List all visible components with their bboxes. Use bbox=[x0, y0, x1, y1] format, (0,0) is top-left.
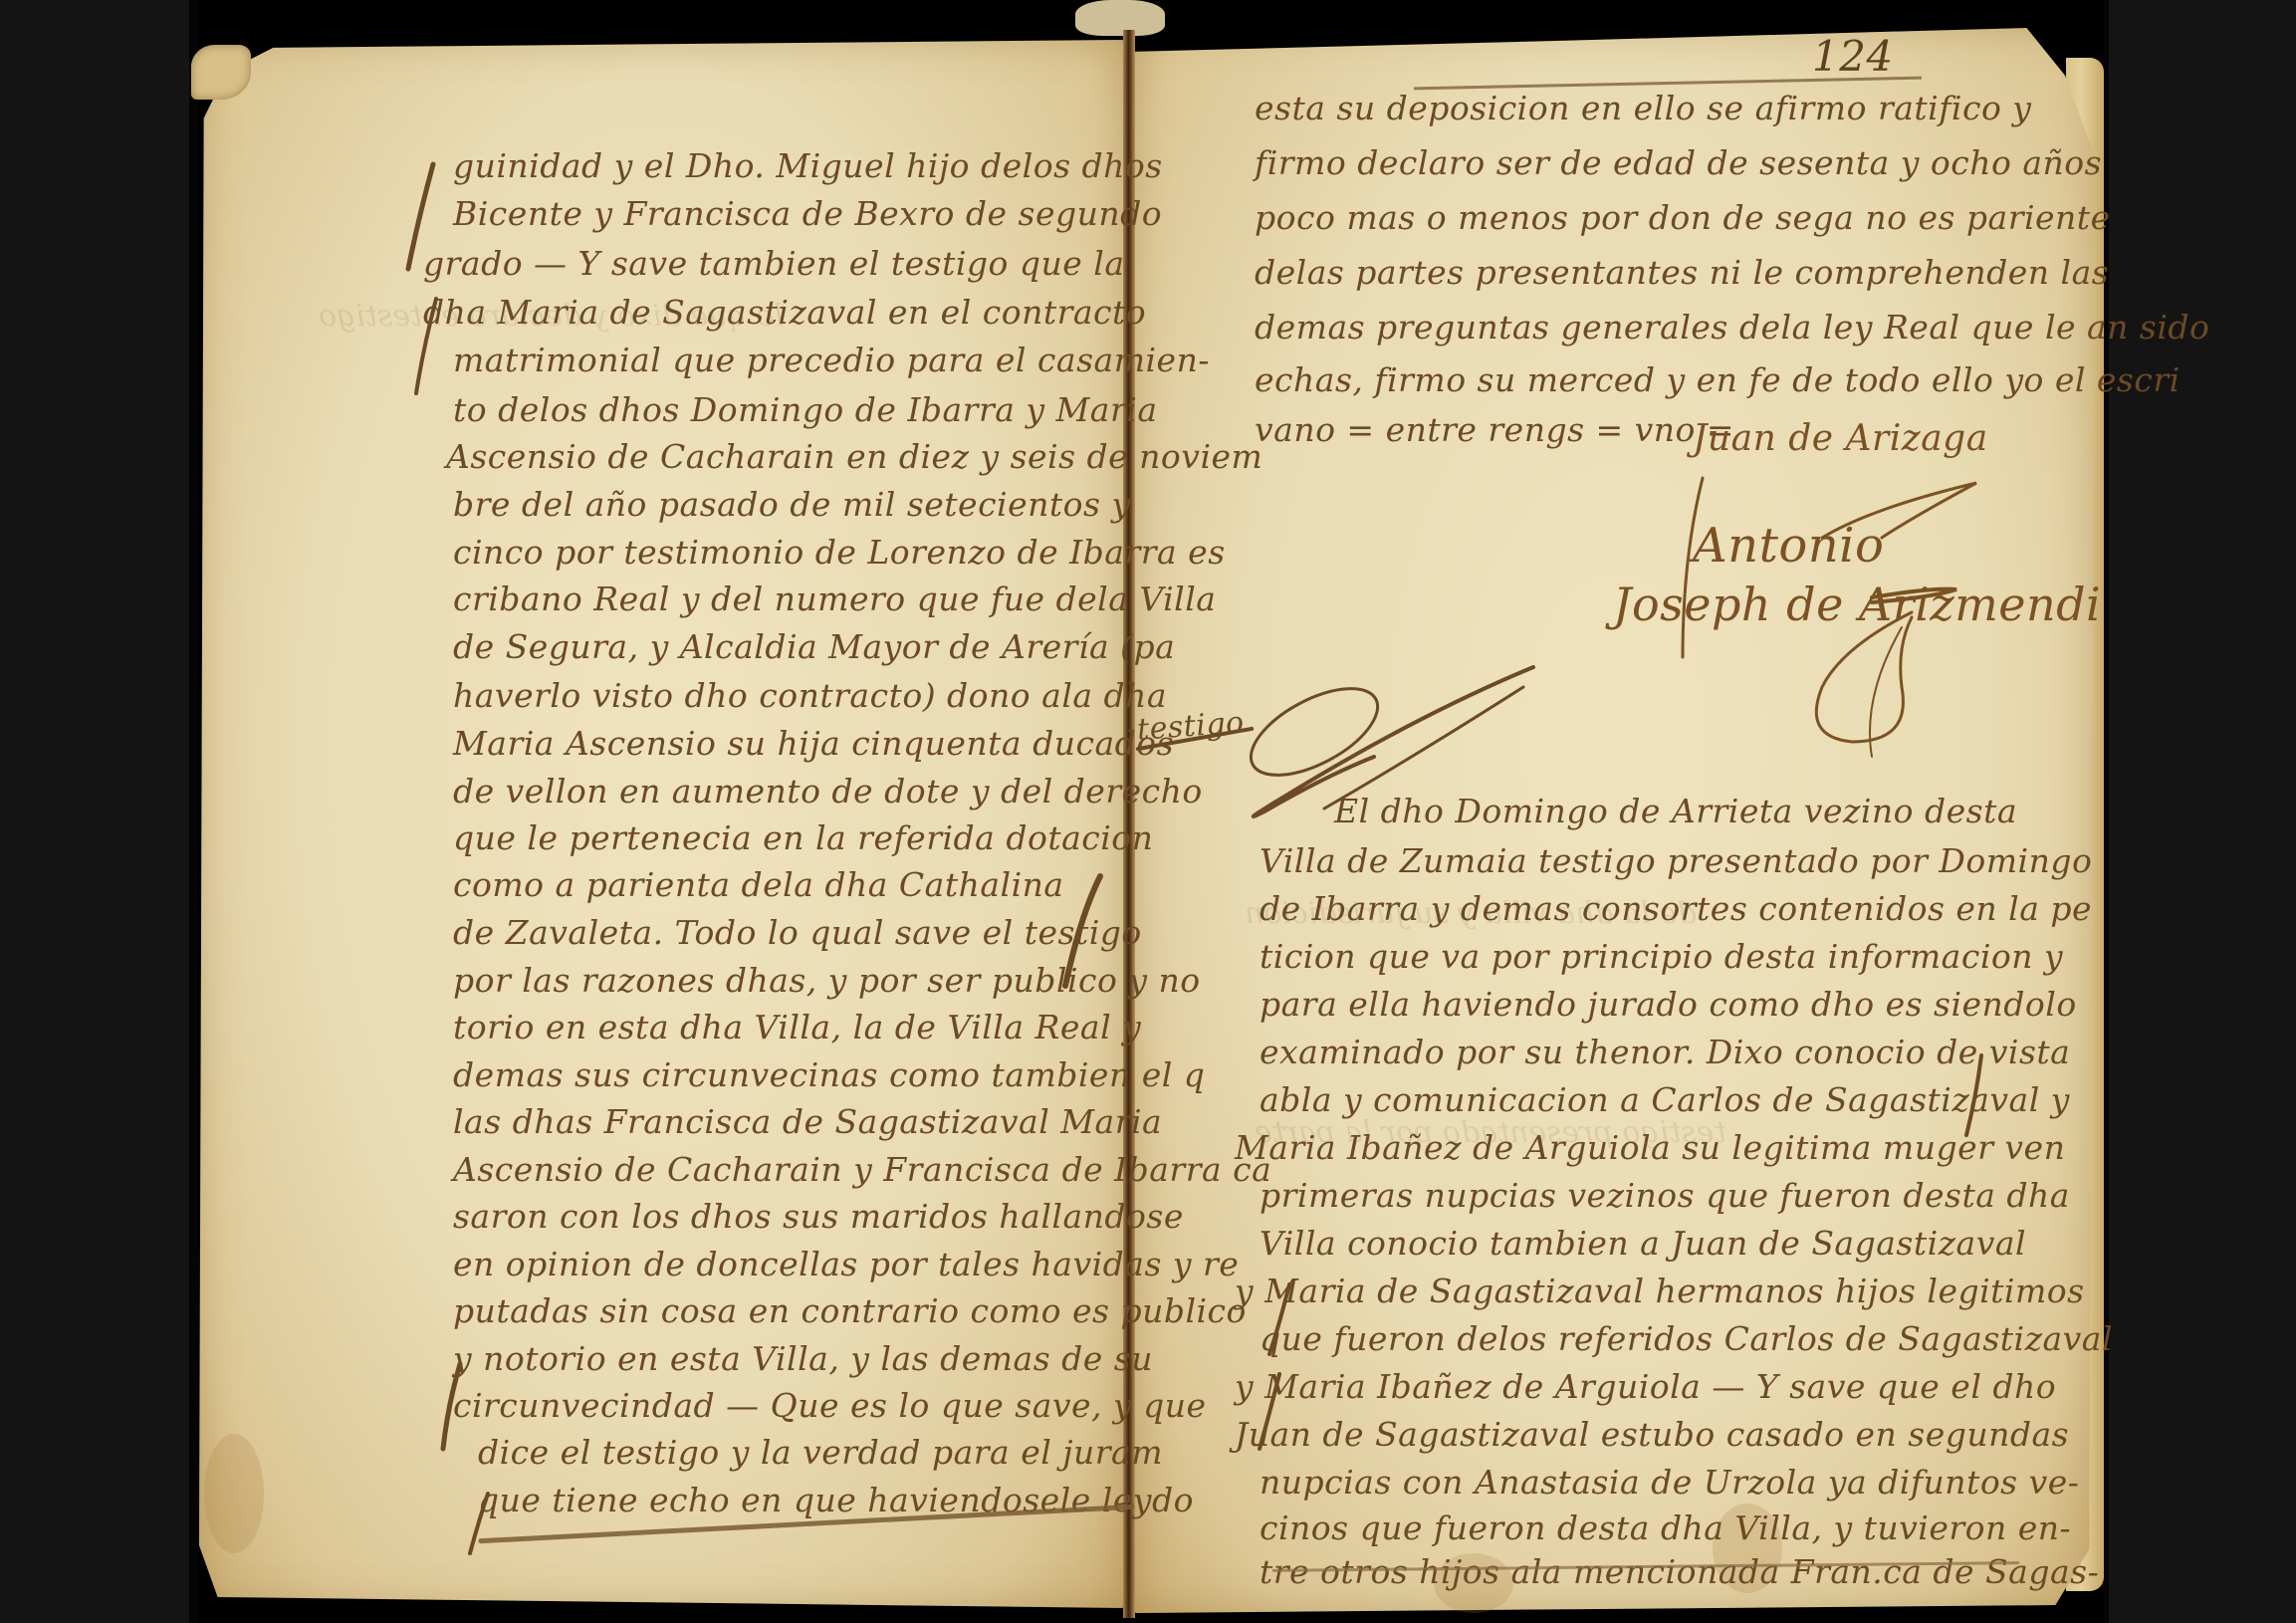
manuscript-line: y Maria de Sagastizaval hermanos hijos l… bbox=[1235, 1275, 2085, 1307]
folio-number: 124 bbox=[1812, 32, 1894, 81]
manuscript-line: de Ibarra y demas consortes contenidos e… bbox=[1260, 892, 2092, 925]
manuscript-line: cinco por testimonio de Lorenzo de Ibarr… bbox=[453, 536, 1226, 569]
signature-joseph-de-arizmendi: Joseph de Arizmendi bbox=[1613, 578, 2101, 631]
document-viewer: lo que dixo y declaro el testigo de la d… bbox=[0, 0, 2296, 1623]
manuscript-line: y notorio en esta Villa, y las demas de … bbox=[453, 1342, 1153, 1375]
manuscript-line: primeras nupcias vezinos que fueron dest… bbox=[1260, 1179, 2070, 1212]
manuscript-line: putadas sin cosa en contrario como es pu… bbox=[453, 1294, 1247, 1327]
manuscript-line: dice el testigo y la verdad para el jura… bbox=[478, 1436, 1163, 1469]
manuscript-line: de vellon en aumento de dote y del derec… bbox=[453, 775, 1203, 808]
manuscript-line: poco mas o menos por don de sega no es p… bbox=[1255, 201, 2111, 234]
manuscript-line: El dho Domingo de Arrieta vezino desta bbox=[1334, 795, 2017, 827]
scan-edge-right bbox=[2104, 0, 2109, 1623]
manuscript-line: como a parienta dela dha Cathalina bbox=[453, 868, 1064, 901]
manuscript-line: tre otros hijos ala mencionada Fran.ca d… bbox=[1260, 1555, 2099, 1588]
manuscript-line: vano = entre rengs = vno = bbox=[1255, 413, 1734, 446]
manuscript-line: Bicente y Francisca de Bexro de segundo bbox=[453, 197, 1162, 230]
manuscript-line: circunvecindad — Que es lo que save, y q… bbox=[453, 1389, 1207, 1422]
manuscript-line: grado — Y save tambien el testigo que la bbox=[423, 247, 1125, 280]
manuscript-line: firmo declaro ser de edad de sesenta y o… bbox=[1255, 146, 2102, 179]
manuscript-line: Ascensio de Cacharain y Francisca de Iba… bbox=[453, 1153, 1271, 1186]
manuscript-line: Maria Ascensio su hija cinquenta ducados bbox=[453, 727, 1174, 760]
manuscript-line: Juan de Sagastizaval estubo casado en se… bbox=[1235, 1418, 2069, 1451]
manuscript-line: saron con los dhos sus maridos hallandos… bbox=[453, 1200, 1184, 1233]
manuscript-line: para ella haviendo jurado como dho es si… bbox=[1260, 988, 2077, 1021]
manuscript-line: matrimonial que precedio para el casamie… bbox=[453, 344, 1210, 376]
signature-antonio: Antonio bbox=[1693, 518, 1884, 574]
torn-paper-scrap bbox=[1075, 0, 1165, 36]
manuscript-line: las dhas Francisca de Sagastizaval Maria bbox=[453, 1105, 1162, 1138]
scan-edge-left bbox=[189, 0, 199, 1623]
manuscript-line: esta su deposicion en ello se afirmo rat… bbox=[1255, 92, 2031, 124]
manuscript-line: echas, firmo su merced y en fe de todo e… bbox=[1255, 363, 2181, 396]
manuscript-line: Villa conocio tambien a Juan de Sagastiz… bbox=[1260, 1227, 2026, 1260]
manuscript-line: por las razones dhas, y por ser publico … bbox=[453, 964, 1201, 997]
manuscript-line: dha Maria de Sagastizaval en el contract… bbox=[423, 296, 1146, 329]
manuscript-line: haverlo visto dho contracto) dono ala dh… bbox=[453, 679, 1167, 712]
manuscript-line: cinos que fueron desta dha Villa, y tuvi… bbox=[1260, 1511, 2071, 1544]
manuscript-line: nupcias con Anastasia de Urzola ya difun… bbox=[1260, 1466, 2079, 1499]
manuscript-line: de Zavaleta. Todo lo qual save el testig… bbox=[453, 916, 1142, 949]
manuscript-line: Ascensio de Cacharain en diez y seis de … bbox=[446, 440, 1263, 473]
manuscript-line: Maria Ibañez de Arguiola su legitima mug… bbox=[1235, 1131, 2065, 1164]
manuscript-line: que fueron delos referidos Carlos de Sag… bbox=[1260, 1322, 2113, 1355]
folded-corner bbox=[191, 45, 251, 100]
manuscript-line: demas sus circunvecinas como tambien el … bbox=[453, 1058, 1205, 1091]
manuscript-line: de Segura, y Alcaldia Mayor de Arería (p… bbox=[453, 630, 1175, 663]
manuscript-line: abla y comunicacion a Carlos de Sagastiz… bbox=[1260, 1083, 2070, 1116]
manuscript-line: demas preguntas generales dela ley Real … bbox=[1255, 311, 2209, 344]
manuscript-line: que le pertenecia en la referida dotacio… bbox=[453, 821, 1153, 854]
manuscript-line: en opinion de doncellas por tales havida… bbox=[453, 1248, 1239, 1280]
manuscript-line: delas partes presentantes ni le comprehe… bbox=[1255, 256, 2109, 289]
manuscript-line: Villa de Zumaia testigo presentado por D… bbox=[1260, 844, 2092, 877]
manuscript-line: guinidad y el Dho. Miguel hijo delos dho… bbox=[453, 149, 1163, 182]
manuscript-line: bre del año pasado de mil setecientos y bbox=[453, 488, 1131, 521]
manuscript-line: to delos dhos Domingo de Ibarra y Maria bbox=[453, 393, 1158, 426]
manuscript-line: cribano Real y del numero que fue dela V… bbox=[453, 582, 1216, 615]
manuscript-line: torio en esta dha Villa, la de Villa Rea… bbox=[453, 1011, 1141, 1043]
manuscript-line: examinado por su thenor. Dixo conocio de… bbox=[1260, 1036, 2070, 1068]
water-stain bbox=[204, 1434, 264, 1553]
signature-juan-de-arizaga: Juan de Arizaga bbox=[1693, 418, 1988, 459]
manuscript-line: y Maria Ibañez de Arguiola — Y save que … bbox=[1235, 1370, 2056, 1403]
manuscript-line: ticion que va por principio desta inform… bbox=[1260, 940, 2063, 973]
